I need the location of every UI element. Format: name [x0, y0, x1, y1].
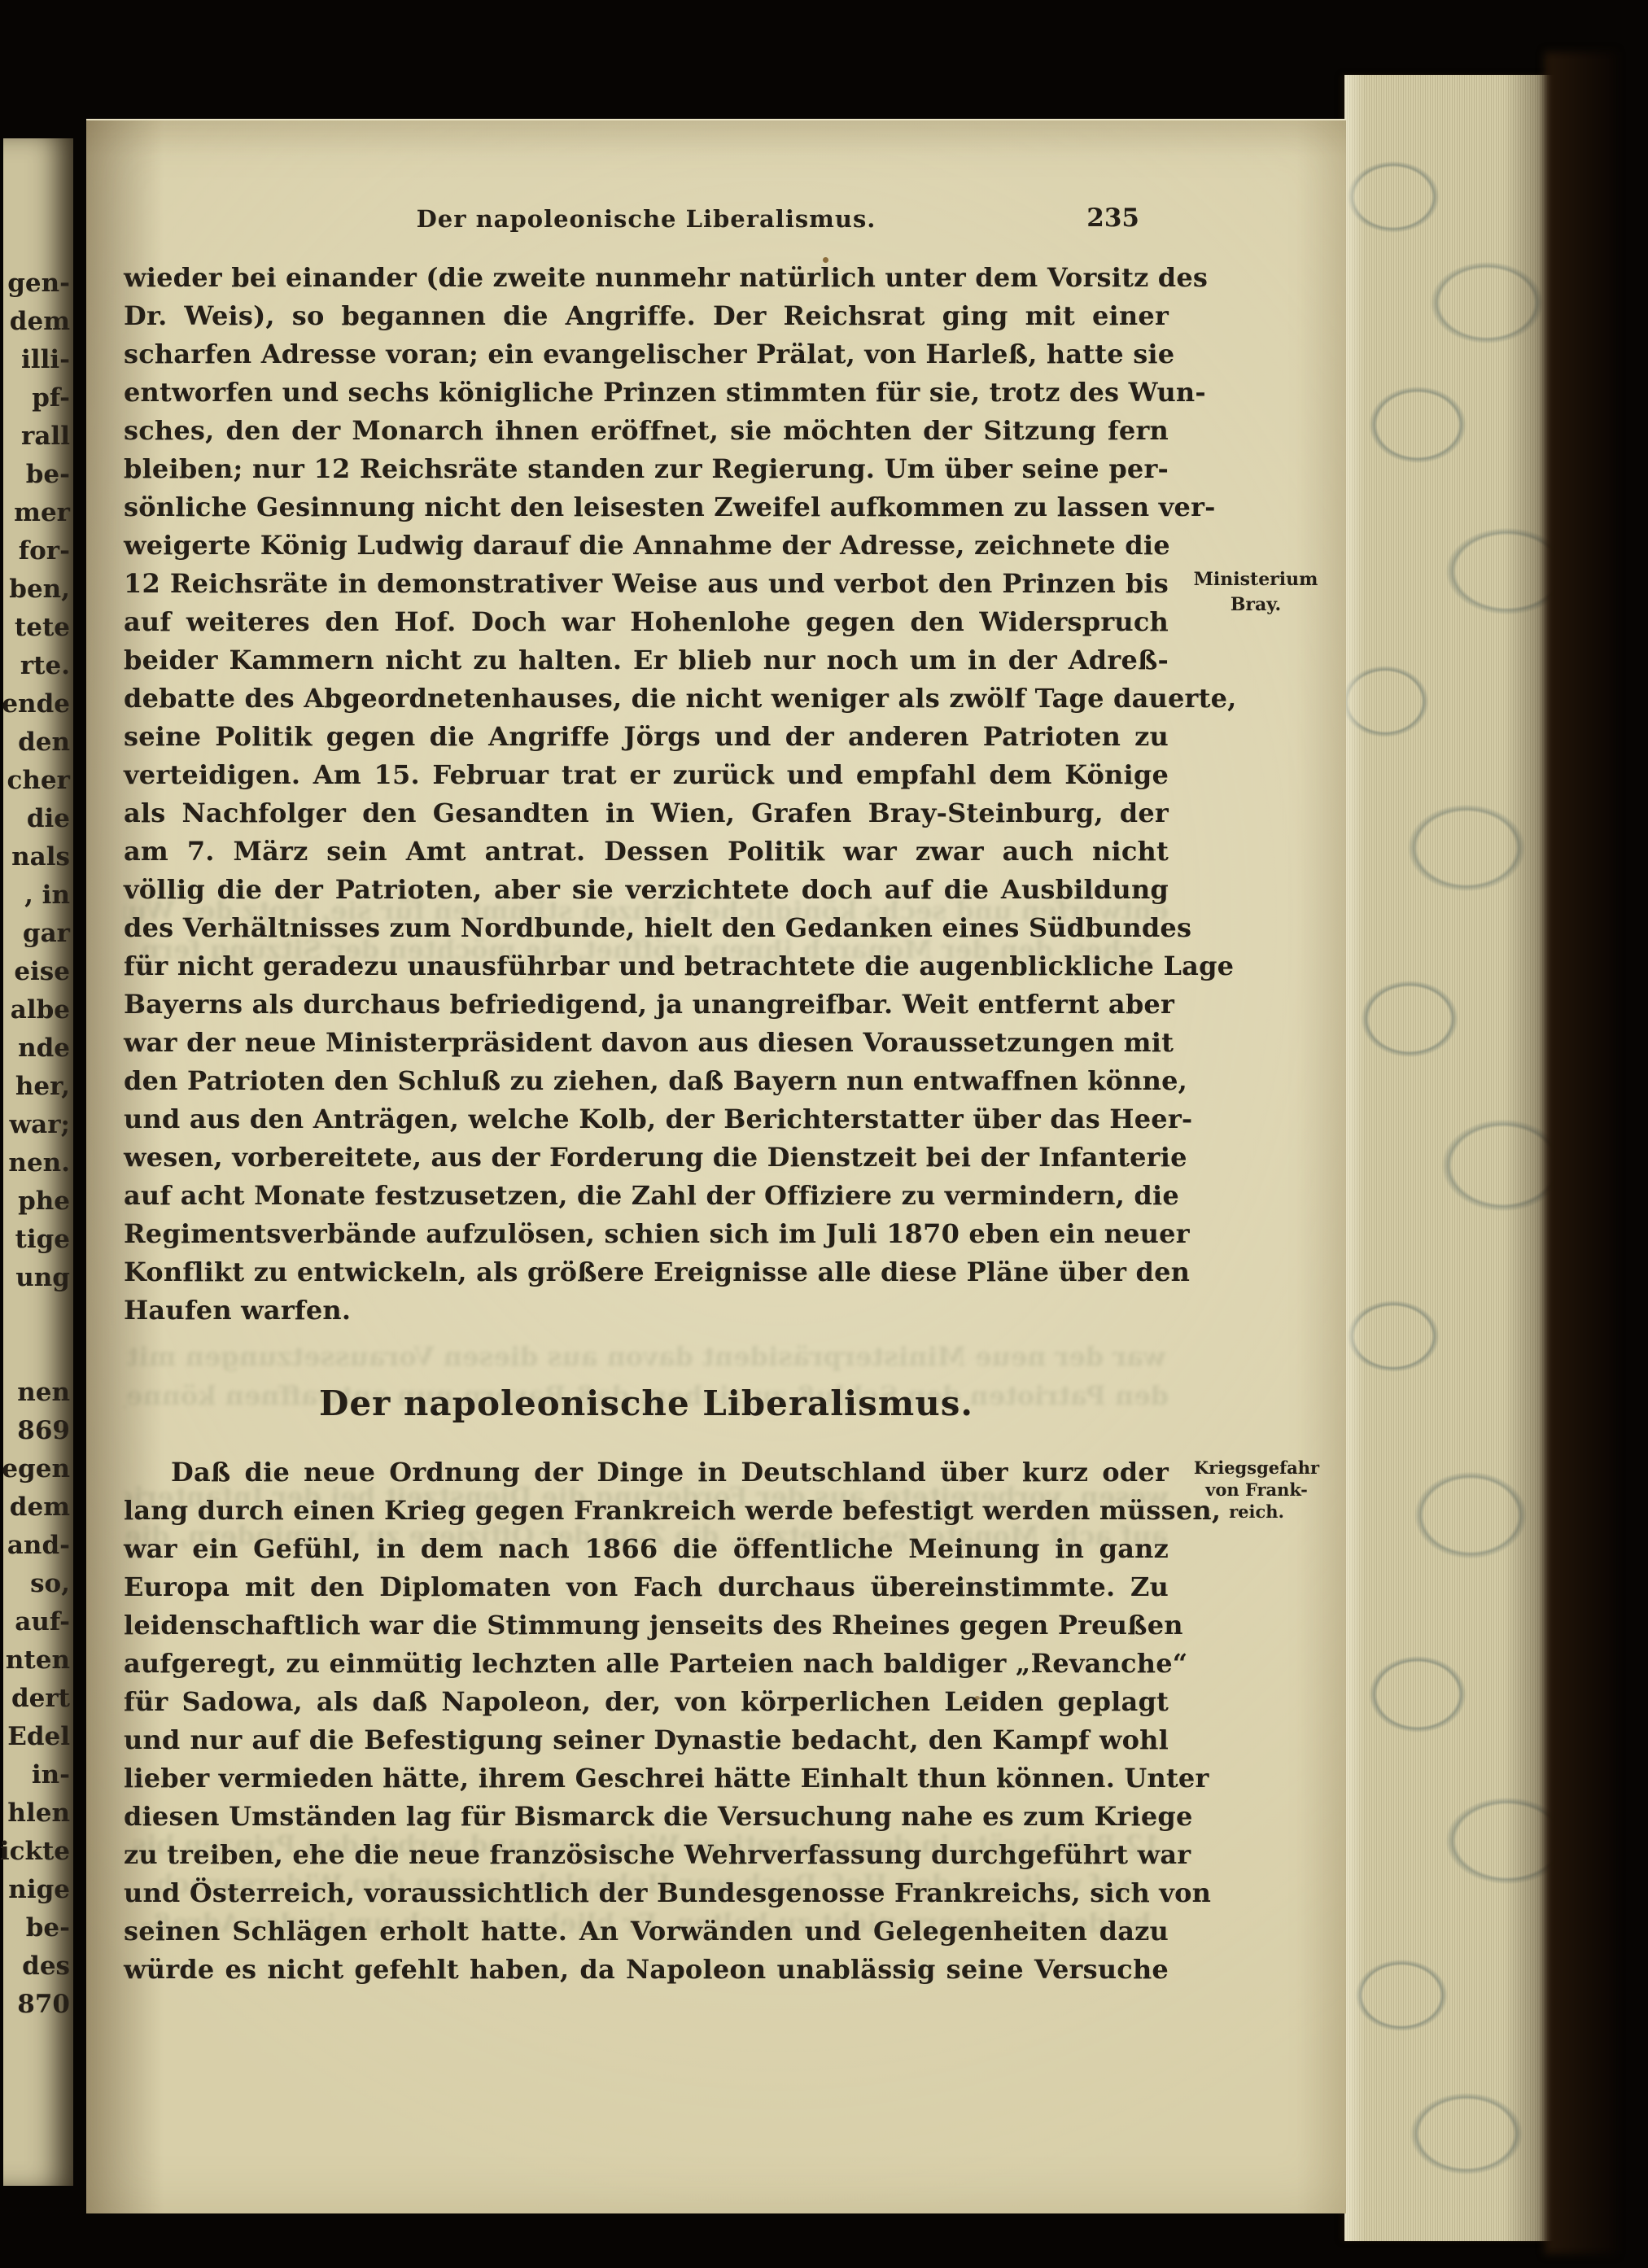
facing-page-line-fragment: des — [22, 1947, 70, 1986]
facing-page-line-fragment: be- — [26, 456, 70, 494]
text-line: Regimentsverbände aufzulösen, schien sic… — [124, 1215, 1169, 1253]
text-line: verteidigen. Am 15. Februar trat er zurü… — [124, 756, 1169, 794]
facing-page-line-fragment: for- — [19, 532, 70, 570]
text-line: leidenschaftlich war die Stimmung jensei… — [124, 1606, 1169, 1645]
show-through-text: war der neue Ministerpräsident davon aus… — [124, 1341, 1169, 1372]
facing-page-line-fragment: auf- — [15, 1603, 70, 1641]
facing-page-line-fragment: Edel — [7, 1718, 70, 1756]
facing-page-line-fragment: illi- — [21, 341, 70, 379]
facing-page-line-fragment: nen — [17, 1374, 70, 1412]
text-line: beider Kammern nicht zu halten. Er blieb… — [124, 641, 1169, 680]
facing-page-line-fragment: ickte — [0, 1833, 70, 1871]
facing-page-line-fragment: phe — [18, 1182, 70, 1221]
text-line: für Sadowa, als daß Napoleon, der, von k… — [124, 1683, 1169, 1721]
facing-page-line-fragment: die — [27, 800, 70, 838]
facing-page-line-fragment: war; — [9, 1106, 70, 1144]
text-line: Bayerns als durchaus befriedigend, ja un… — [124, 985, 1169, 1024]
facing-page-line-fragment: nde — [18, 1029, 70, 1068]
facing-page-line-fragment: ung — [15, 1259, 70, 1297]
text-line: zu treiben, ehe die neue französische We… — [124, 1836, 1169, 1874]
text-line: sönliche Gesinnung nicht den leisesten Z… — [124, 488, 1169, 527]
text-line: und aus den Anträgen, welche Kolb, der B… — [124, 1100, 1169, 1138]
text-line: wieder bei einander (die zweite nunmehr … — [124, 259, 1169, 297]
facing-page-line-fragment: nen. — [8, 1144, 70, 1182]
facing-page-line-fragment: hlen — [7, 1794, 70, 1833]
facing-page-line-fragment: eise — [14, 953, 70, 991]
text-line: lang durch einen Krieg gegen Frankreich … — [124, 1492, 1169, 1530]
facing-page-edge: gen-demilli-pf-rallbe-merfor-ben,teterte… — [3, 138, 73, 2186]
text-line: debatte des Abgeordnetenhauses, die nich… — [124, 680, 1169, 718]
facing-page-line-fragment: nige — [8, 1871, 70, 1909]
margin-note-kriegsgefahr: Kriegsgefahrvon Frank-reich. — [1169, 1457, 1344, 1523]
facing-page-line-fragment: dem — [10, 1488, 70, 1527]
text-line: war der neue Ministerpräsident davon aus… — [124, 1024, 1169, 1062]
facing-page-line-fragment: rall — [21, 417, 70, 456]
text-line: war ein Gefühl, in dem nach 1866 die öff… — [124, 1530, 1169, 1568]
paper-speck — [823, 257, 828, 263]
facing-page-line-fragment: ende — [2, 685, 70, 723]
text-line: sches, den der Monarch ihnen eröffnet, s… — [124, 412, 1169, 450]
body-paragraph-2: Daß die neue Ordnung der Dinge in Deutsc… — [124, 1453, 1169, 1989]
text-line: auf acht Monate festzusetzen, die Zahl d… — [124, 1177, 1169, 1215]
page-number: 235 — [1086, 203, 1139, 233]
text-line: bleiben; nur 12 Reichsräte standen zur R… — [124, 450, 1169, 488]
margin-note-ministerium-bray: MinisteriumBray. — [1172, 567, 1340, 618]
text-line: auf weiteres den Hof. Doch war Hohenlohe… — [124, 603, 1169, 641]
text-line: aufgeregt, zu einmütig lechzten alle Par… — [124, 1645, 1169, 1683]
text-line: für nicht geradezu unausführbar und betr… — [124, 947, 1169, 985]
facing-page-line-fragment: in- — [32, 1756, 70, 1794]
facing-page-line-fragment: rte. — [20, 647, 70, 685]
section-heading: Der napoleonische Liberalismus. — [124, 1383, 1169, 1423]
book-fore-edge-pages — [1344, 75, 1554, 2241]
facing-page-line-fragment: nten — [6, 1641, 70, 1680]
facing-page-line-fragment: albe — [11, 991, 70, 1029]
facing-page-line-fragment: ben, — [9, 570, 70, 609]
text-line: Haufen warfen. — [124, 1291, 1169, 1330]
text-line: und Österreich, voraussichtlich der Bund… — [124, 1874, 1169, 1912]
text-line: wesen, vorbereitete, aus der Forderung d… — [124, 1138, 1169, 1177]
body-paragraph-1: wieder bei einander (die zweite nunmehr … — [124, 259, 1169, 1330]
book-scan-photo: gen-demilli-pf-rallbe-merfor-ben,teterte… — [0, 0, 1648, 2268]
text-line: völlig die der Patrioten, aber sie verzi… — [124, 871, 1169, 909]
text-line: seine Politik gegen die Angriffe Jörgs u… — [124, 718, 1169, 756]
margin-note-line: Ministerium — [1172, 567, 1340, 592]
text-line: entworfen und sechs königliche Prinzen s… — [124, 374, 1169, 412]
text-line: den Patrioten den Schluß zu ziehen, daß … — [124, 1062, 1169, 1100]
facing-page-line-fragment: her, — [15, 1068, 70, 1106]
facing-page-line-fragment: 869 — [17, 1412, 70, 1450]
text-line: Dr. Weis), so begannen die Angriffe. Der… — [124, 297, 1169, 335]
book-page: entworfen und sechs königliche Prinzen s… — [86, 119, 1346, 2213]
margin-note-line: Kriegsgefahr — [1169, 1457, 1344, 1479]
paper-speck — [319, 1196, 323, 1200]
facing-page-line-fragment: tete — [15, 609, 70, 647]
facing-page-line-fragment: cher — [7, 762, 70, 800]
text-line: als Nachfolger den Gesandten in Wien, Gr… — [124, 794, 1169, 832]
facing-page-line-fragment: dert — [11, 1680, 70, 1718]
facing-page-line-fragment: gar — [23, 915, 70, 953]
book-cover-edge — [1545, 52, 1616, 2254]
margin-note-line: reich. — [1169, 1501, 1344, 1523]
paper-speck — [975, 1696, 980, 1700]
text-line: am 7. März sein Amt antrat. Dessen Polit… — [124, 832, 1169, 871]
text-line: weigerte König Ludwig darauf die Annahme… — [124, 527, 1169, 565]
text-line: Daß die neue Ordnung der Dinge in Deutsc… — [124, 1453, 1169, 1492]
text-line: 12 Reichsräte in demonstrativer Weise au… — [124, 565, 1169, 603]
facing-page-line-fragment: gen- — [7, 264, 70, 303]
facing-page-line-fragment: and- — [7, 1527, 70, 1565]
text-line: diesen Umständen lag für Bismarck die Ve… — [124, 1798, 1169, 1836]
margin-note-line: Bray. — [1172, 592, 1340, 618]
running-header-title: Der napoleonische Liberalismus. — [124, 205, 1169, 233]
text-line: seinen Schlägen erholt hatte. An Vorwänd… — [124, 1912, 1169, 1951]
facing-page-line-fragment: egen — [2, 1450, 70, 1488]
text-line: Europa mit den Diplomaten von Fach durch… — [124, 1568, 1169, 1606]
text-line: lieber vermieden hätte, ihrem Geschrei h… — [124, 1759, 1169, 1798]
facing-page-line-fragment: 870 — [17, 1986, 70, 2024]
facing-page-line-fragment: pf- — [32, 379, 70, 417]
facing-page-line-fragment: be- — [26, 1909, 70, 1947]
text-line: des Verhältnisses zum Nordbunde, hielt d… — [124, 909, 1169, 947]
facing-page-line-fragment: so, — [30, 1565, 70, 1603]
text-line: und nur auf die Befestigung seiner Dynas… — [124, 1721, 1169, 1759]
text-line: würde es nicht gefehlt haben, da Napoleo… — [124, 1951, 1169, 1989]
facing-page-line-fragment: mer — [14, 494, 70, 532]
running-header: Der napoleonische Liberalismus. 235 — [124, 205, 1169, 239]
facing-page-line-fragment: tige — [15, 1221, 71, 1259]
facing-page-line-fragment: , in — [24, 876, 70, 915]
facing-page-line-fragment: dem — [10, 303, 70, 341]
facing-page-line-fragment: den — [18, 723, 70, 762]
margin-note-line: von Frank- — [1169, 1479, 1344, 1501]
text-line: scharfen Adresse voran; ein evangelische… — [124, 335, 1169, 374]
text-line: Konflikt zu entwickeln, als größere Erei… — [124, 1253, 1169, 1291]
facing-page-line-fragment: nals — [11, 838, 70, 876]
